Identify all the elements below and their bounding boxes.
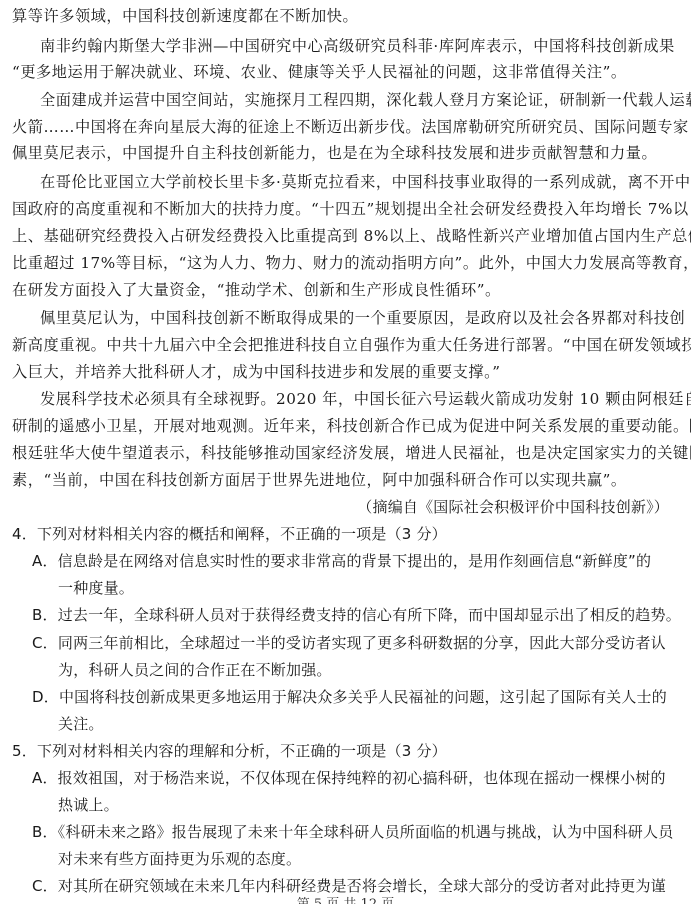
exam-page: 算等许多领域，中国科技创新速度都在不断加快。 南非约翰内斯堡大学非洲—中国研究中… [0,0,691,904]
passage-line: 发展科学技术必须具有全球视野。2020 年，中国长征六号运载火箭成功发射 10 … [40,389,679,409]
passage-line: 算等许多领域，中国科技创新速度都在不断加快。 [12,6,679,26]
q4-option-c-cont: 为，科研人员之间的合作正在不断加强。 [58,660,679,680]
passage-line: “更多地运用于解决就业、环境、农业、健康等关乎人民福祉的问题，这非常值得关注”。 [12,62,679,82]
q4-option-d: D．中国将科技创新成果更多地运用于解决众多关乎人民福祉的问题，这引起了国际有关人… [32,687,679,707]
q4-option-c: C．同两三年前相比，全球超过一半的受访者实现了更多科研数据的分享，因此大部分受访… [32,633,679,653]
question-4-stem: 4．下列对材料相关内容的概括和阐释，不正确的一项是（3 分） [12,524,679,544]
q4-option-a-cont: 一种度量。 [58,578,679,598]
q5-option-b: B．《科研未来之路》报告展现了未来十年全球科研人员所面临的机遇与挑战，认为中国科… [32,822,679,842]
passage-line: 全面建成并运营中国空间站，实施探月工程四期，深化载人登月方案论证，研制新一代载人… [40,90,679,110]
passage-line: 上、基础研究经费投入占研发经费投入比重提高到 8%以上、战略性新兴产业增加值占国… [12,226,679,246]
q5-option-a: A．报效祖国，对于杨浩来说，不仅体现在保持纯粹的初心搞科研，也体现在摇动一棵棵小… [32,768,679,788]
passage-line: 佩里莫尼表示，中国提升自主科技创新能力，也是在为全球科技发展和进步贡献智慧和力量… [12,143,679,163]
passage-line: 素，“当前，中国在科技创新方面居于世界先进地位，阿中加强科研合作可以实现共赢”。 [12,470,679,490]
passage-line: 国政府的高度重视和不断加大的扶持力度。“十四五”规划提出全社会研发经费投入年均增… [12,199,679,219]
passage-line: 在哥伦比亚国立大学前校长里卡多·莫斯克拉看来，中国科技事业取得的一系列成就，离不… [40,172,679,192]
passage-line: 火箭……中国将在奔向星辰大海的征途上不断迈出新步伐。法国席勒研究所研究员、国际问… [12,117,679,137]
q4-option-a: A．信息龄是在网络对信息实时性的要求非常高的背景下提出的，是用作刻画信息“新鲜度… [32,551,679,571]
passage-line: 根廷驻华大使牛望道表示，科技能够推动国家经济发展，增进人民福祉，也是决定国家实力… [12,443,679,463]
passage-line: 比重超过 17%等目标，“这为人力、物力、财力的流动指明方向”。此外，中国大力发… [12,253,679,273]
passage-line: 新高度重视。中共十九届六中全会把推进科技自立自强作为重大任务进行部署。“中国在研… [12,335,679,355]
passage-line: 佩里莫尼认为，中国科技创新不断取得成果的一个重要原因，是政府以及社会各界都对科技… [40,308,679,328]
q4-option-d-cont: 关注。 [58,714,679,734]
passage-line: 南非约翰内斯堡大学非洲—中国研究中心高级研究员科菲·库阿库表示，中国将科技创新成… [40,36,679,56]
passage-line: 研制的遥感小卫星，开展对地观测。近年来，科技创新合作已成为促进中阿关系发展的重要… [12,416,679,436]
passage-line: 在研发方面投入了大量资金，“推动学术、创新和生产形成良性循环”。 [12,280,679,300]
passage-line: 入巨大，并培养大批科研人才，成为中国科技进步和发展的重要支撑。” [12,362,679,382]
q4-option-b: B．过去一年，全球科研人员对于获得经费支持的信心有所下降，而中国却显示出了相反的… [32,605,679,625]
source-citation: （摘编自《国际社会积极评价中国科技创新》） [357,497,669,517]
q5-option-b-cont: 对未来有些方面持更为乐观的态度。 [58,849,679,869]
page-footer: 第 5 页 共 12 页 [0,893,691,904]
q5-option-a-cont: 热诚上。 [58,795,679,815]
question-5-stem: 5．下列对材料相关内容的理解和分析，不正确的一项是（3 分） [12,741,679,761]
